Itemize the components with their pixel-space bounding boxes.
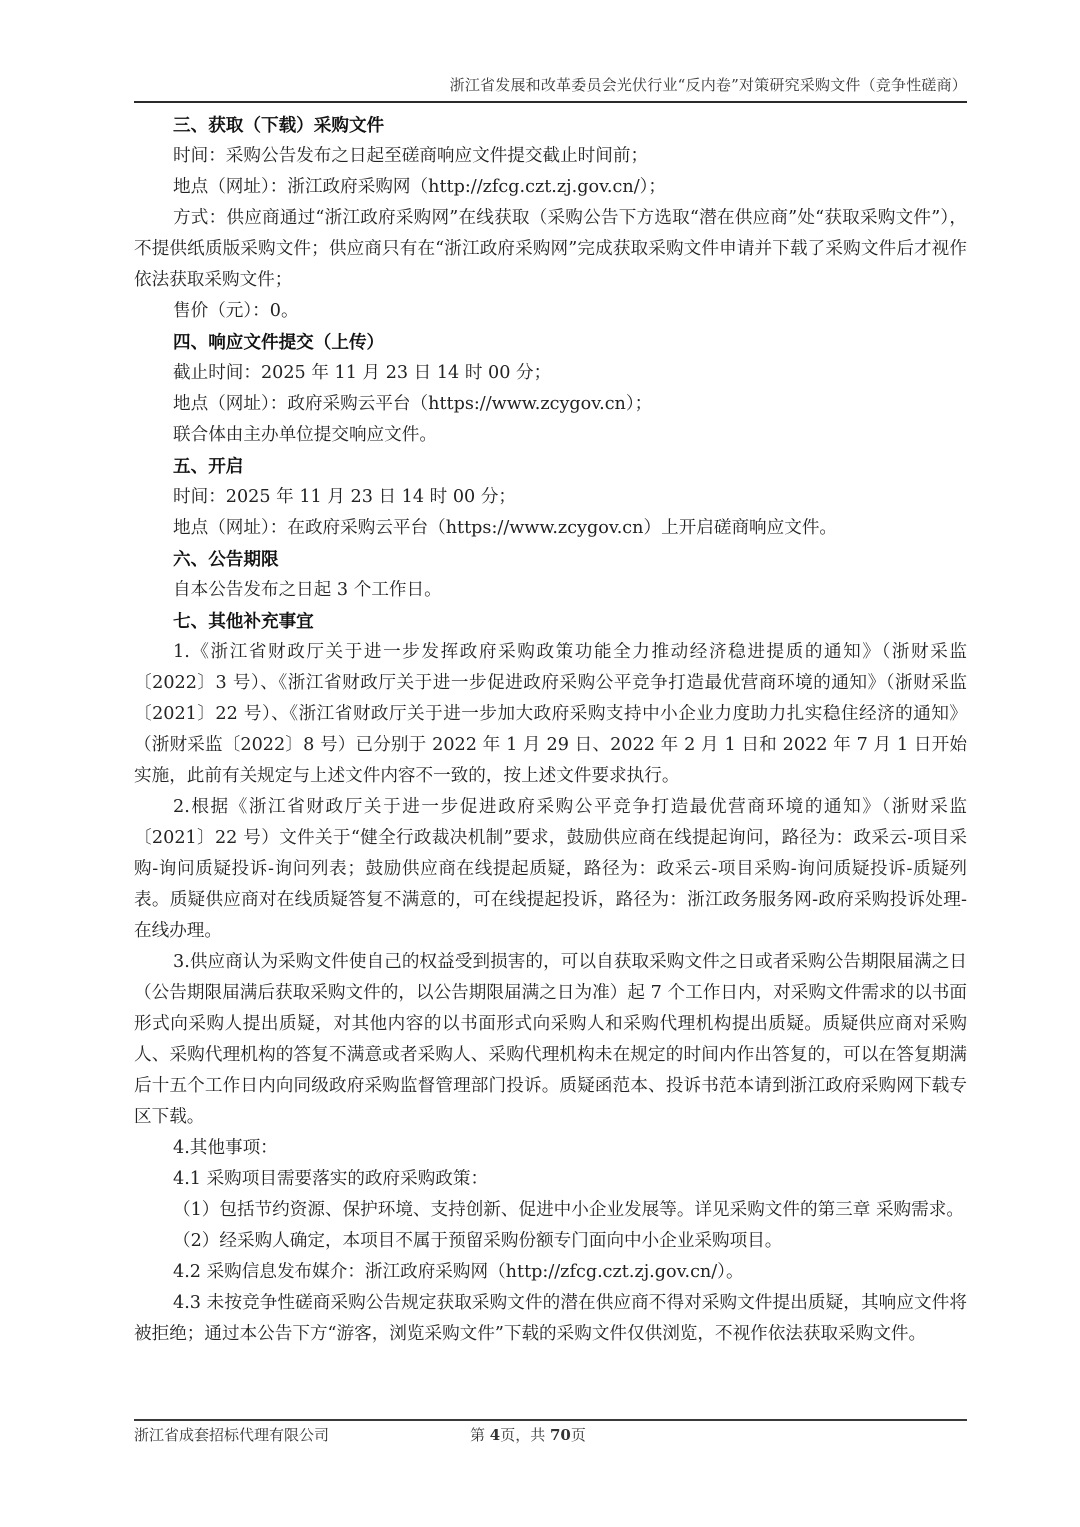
- paragraph-consortium: 联合体由主办单位提交响应文件。: [134, 420, 967, 451]
- page-prefix: 第: [470, 1426, 490, 1444]
- section-heading-7: 七、其他补充事宜: [134, 606, 967, 637]
- paragraph-item-2: 2.根据《浙江省财政厅关于进一步促进政府采购公平竞争打造最优营商环境的通知》（浙…: [134, 792, 967, 947]
- page-current: 4: [490, 1426, 500, 1444]
- paragraph-item-4-1-a: （1）包括节约资源、保护环境、支持创新、促进中小企业发展等。详见采购文件的第三章…: [134, 1195, 967, 1226]
- header-divider: [134, 101, 967, 103]
- paragraph-method: 方式：供应商通过“浙江政府采购网”在线获取（采购公告下方选取“潜在供应商”处“获…: [134, 203, 967, 296]
- paragraph-item-1: 1.《浙江省财政厅关于进一步发挥政府采购政策功能全力推动经济稳进提质的通知》（浙…: [134, 637, 967, 792]
- page-middle: 页，共: [500, 1426, 550, 1444]
- paragraph-item-4: 4.其他事项：: [134, 1133, 967, 1164]
- paragraph-item-4-3: 4.3 未按竞争性磋商采购公告规定获取采购文件的潜在供应商不得对采购文件提出质疑…: [134, 1288, 967, 1350]
- footer-divider: [134, 1419, 967, 1421]
- paragraph-item-3: 3.供应商认为采购文件使自己的权益受到损害的，可以自获取采购文件之日或者采购公告…: [134, 947, 967, 1133]
- page-header-title: 浙江省发展和改革委员会光伏行业“反内卷”对策研究采购文件（竞争性磋商）: [134, 74, 967, 95]
- paragraph-item-4-1: 4.1 采购项目需要落实的政府采购政策：: [134, 1164, 967, 1195]
- page-number: 第 4页，共 70页: [470, 1424, 586, 1445]
- section-heading-6: 六、公告期限: [134, 544, 967, 575]
- paragraph-time: 时间：采购公告发布之日起至磋商响应文件提交截止时间前；: [134, 141, 967, 172]
- section-heading-4: 四、响应文件提交（上传）: [134, 327, 967, 358]
- page-total: 70: [550, 1426, 571, 1444]
- footer-company: 浙江省成套招标代理有限公司: [134, 1424, 329, 1445]
- page-suffix: 页: [571, 1426, 586, 1444]
- paragraph-open-location: 地点（网址）：在政府采购云平台（https://www.zcygov.cn）上开…: [134, 513, 967, 544]
- paragraph-open-time: 时间：2025 年 11 月 23 日 14 时 00 分；: [134, 482, 967, 513]
- paragraph-item-4-1-b: （2）经采购人确定，本项目不属于预留采购份额专门面向中小企业采购项目。: [134, 1226, 967, 1257]
- section-heading-5: 五、开启: [134, 451, 967, 482]
- paragraph-deadline: 截止时间：2025 年 11 月 23 日 14 时 00 分；: [134, 358, 967, 389]
- document-body: 三、获取（下载）采购文件 时间：采购公告发布之日起至磋商响应文件提交截止时间前；…: [134, 110, 967, 1350]
- paragraph-submit-location: 地点（网址）：政府采购云平台（https://www.zcygov.cn）；: [134, 389, 967, 420]
- paragraph-notice-period: 自本公告发布之日起 3 个工作日。: [134, 575, 967, 606]
- paragraph-price: 售价（元）：0。: [134, 296, 967, 327]
- paragraph-location: 地点（网址）：浙江政府采购网（http://zfcg.czt.zj.gov.cn…: [134, 172, 967, 203]
- section-heading-3: 三、获取（下载）采购文件: [134, 110, 967, 141]
- paragraph-item-4-2: 4.2 采购信息发布媒介：浙江政府采购网（http://zfcg.czt.zj.…: [134, 1257, 967, 1288]
